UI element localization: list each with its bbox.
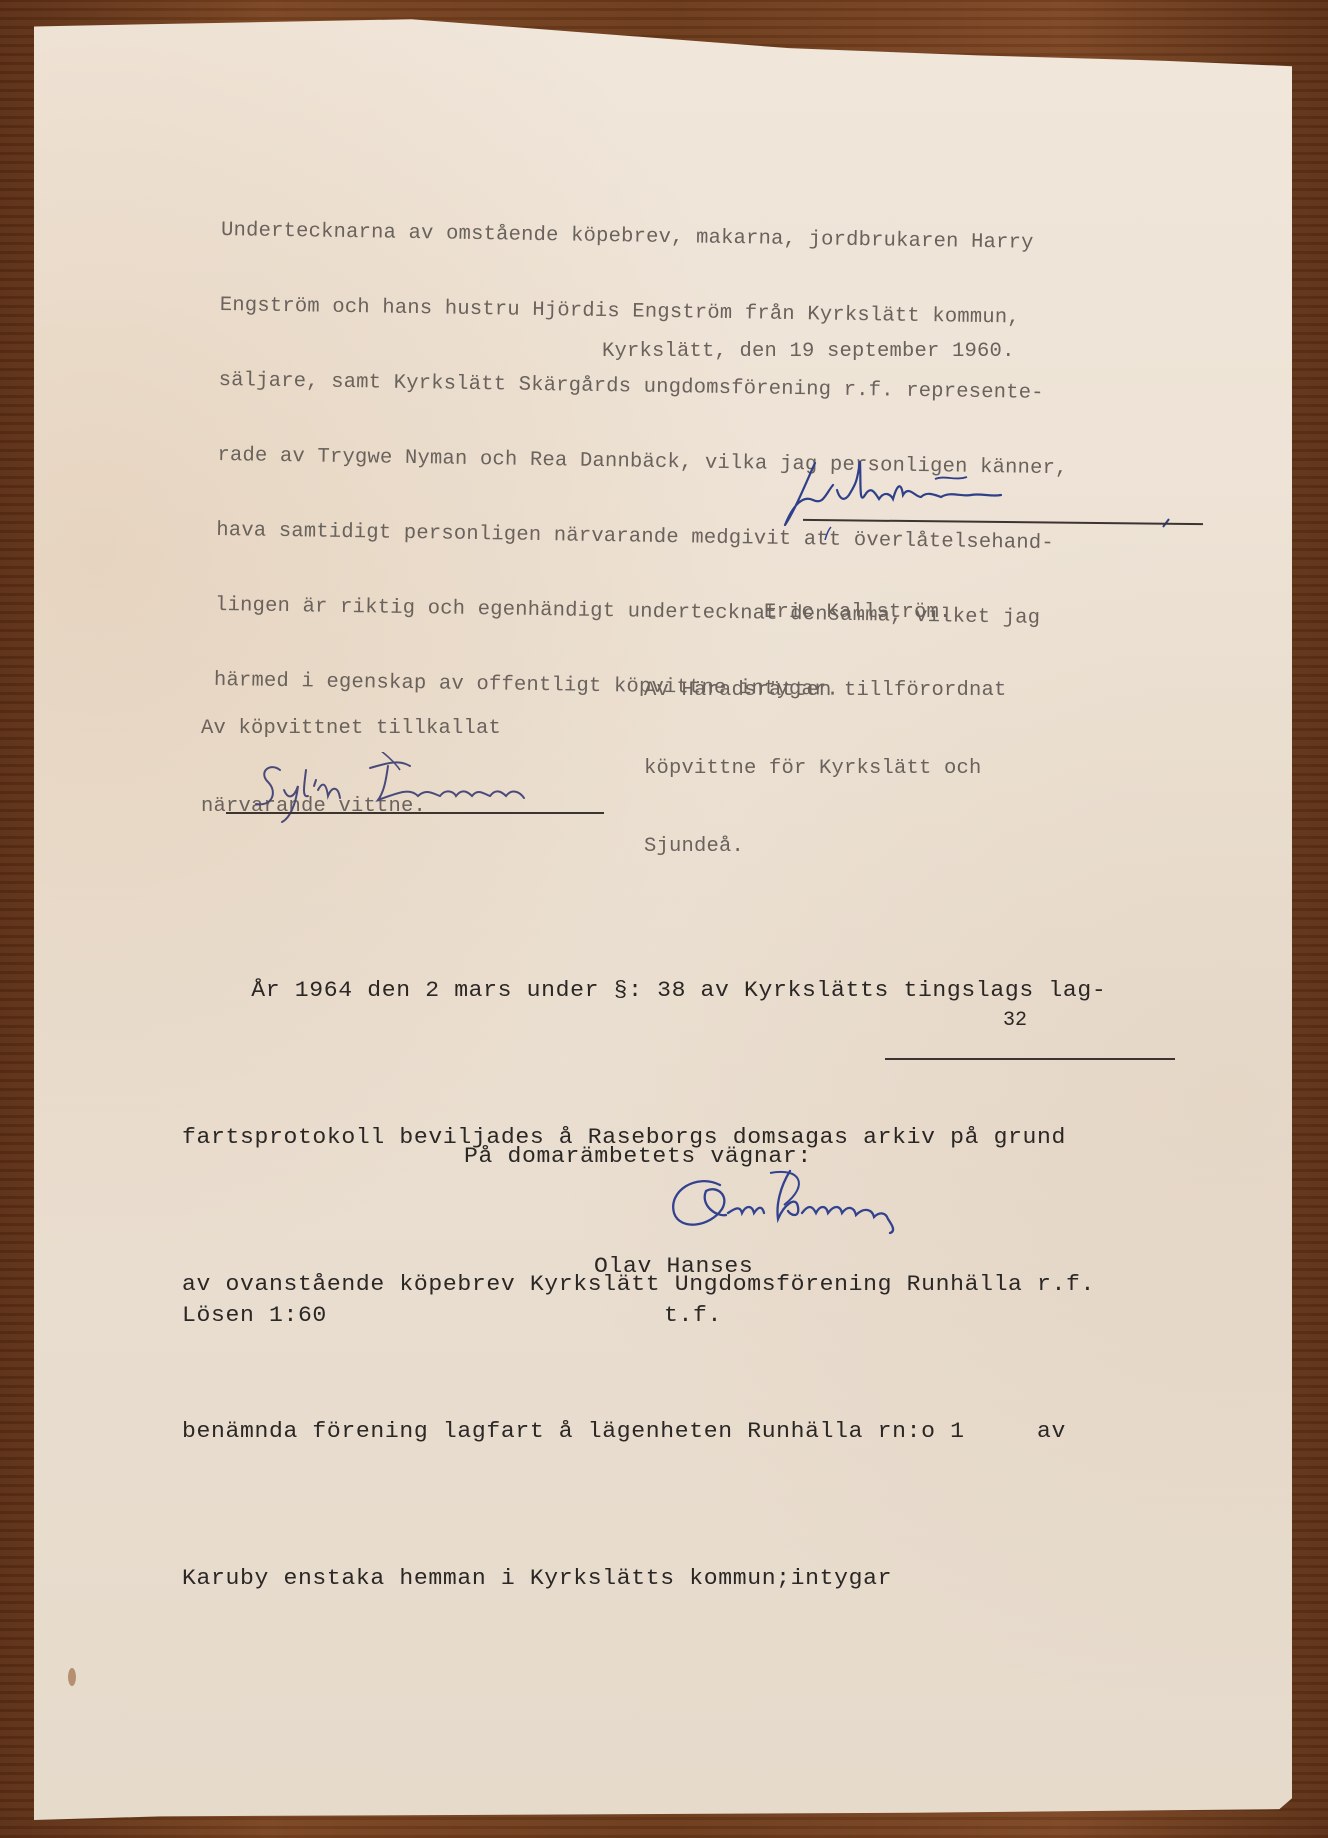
called-witness-line: Av köpvittnet tillkallat: [201, 716, 501, 742]
witness-signature: [745, 455, 1215, 540]
property-underline: [885, 1058, 1175, 1060]
witness-signer-title-line: köpvittne för Kyrkslätt och: [644, 756, 1007, 782]
fee-label: Lösen 1:60: [182, 1291, 327, 1340]
registration-line: benämnda förening lagfart å lägenheten R…: [182, 1407, 1106, 1456]
witness-signer-title-line: Sjundeå.: [644, 834, 1007, 860]
place-and-date: Kyrkslätt, den 19 september 1960.: [602, 339, 1015, 364]
called-witness-signature-line: [226, 812, 604, 814]
paragraph-line: säljare, samt Kyrkslätt Skärgårds ungdom…: [218, 368, 1068, 406]
witness-signer-name: Eric Kallström.: [694, 600, 1007, 626]
judge-title: t.f.: [664, 1291, 722, 1340]
paragraph-line: Undertecknarna av omstående köpebrev, ma…: [221, 218, 1071, 256]
registration-line: År 1964 den 2 mars under §: 38 av Kyrksl…: [182, 966, 1106, 1015]
property-number-superscript: 32: [1003, 1009, 1027, 1032]
paper-stain: [68, 1668, 76, 1686]
witness-signer-block: Eric Kallström. Av Häradsrätten tillföro…: [694, 548, 1007, 886]
judge-signature: [660, 1165, 950, 1245]
judge-name: Olav Hanses: [594, 1242, 753, 1291]
paragraph-line: Engström och hans hustru Hjördis Engströ…: [220, 293, 1070, 331]
called-witness-signature: [250, 752, 610, 827]
witness-signer-title-line: Av Häradsrätten tillförordnat: [644, 678, 1007, 704]
registration-line: Karuby enstaka hemman i Kyrkslätts kommu…: [182, 1554, 1106, 1603]
